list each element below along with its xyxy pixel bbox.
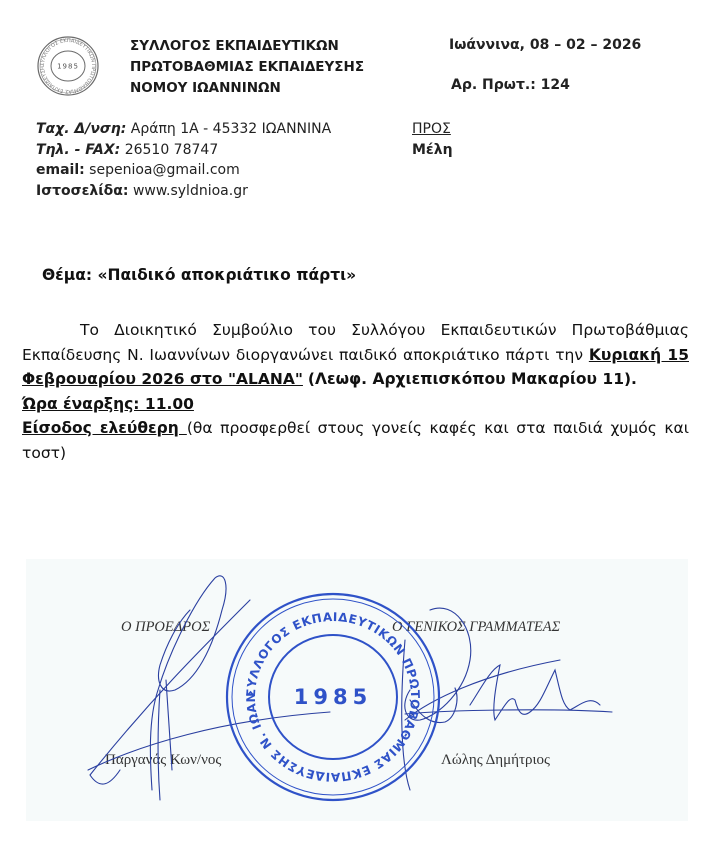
association-stamp-icon: ΣΥΛΛΟΓΟΣ ΕΚΠΑΙΔΕΥΤΙΚΩΝ ΠΡΩΤΟΒΑΘΜΙΑΣ ΕΚΠΑ… [0, 0, 439, 800]
signatures-and-stamp: ΣΥΛΛΟΓΟΣ ΕΚΠΑΙΔΕΥΤΙΚΩΝ ΠΡΩΤΟΒΑΘΜΙΑΣ ΕΚΠΑ… [0, 0, 710, 843]
svg-text:1985: 1985 [294, 685, 372, 709]
svg-text:ΣΥΛΛΟΓΟΣ ΕΚΠΑΙΔΕΥΤΙΚΩΝ ΠΡΩΤΟΒΑ: ΣΥΛΛΟΓΟΣ ΕΚΠΑΙΔΕΥΤΙΚΩΝ ΠΡΩΤΟΒΑΘΜΙΑΣ ΕΚΠΑ… [0, 0, 422, 784]
secretary-signature-icon [402, 608, 612, 790]
